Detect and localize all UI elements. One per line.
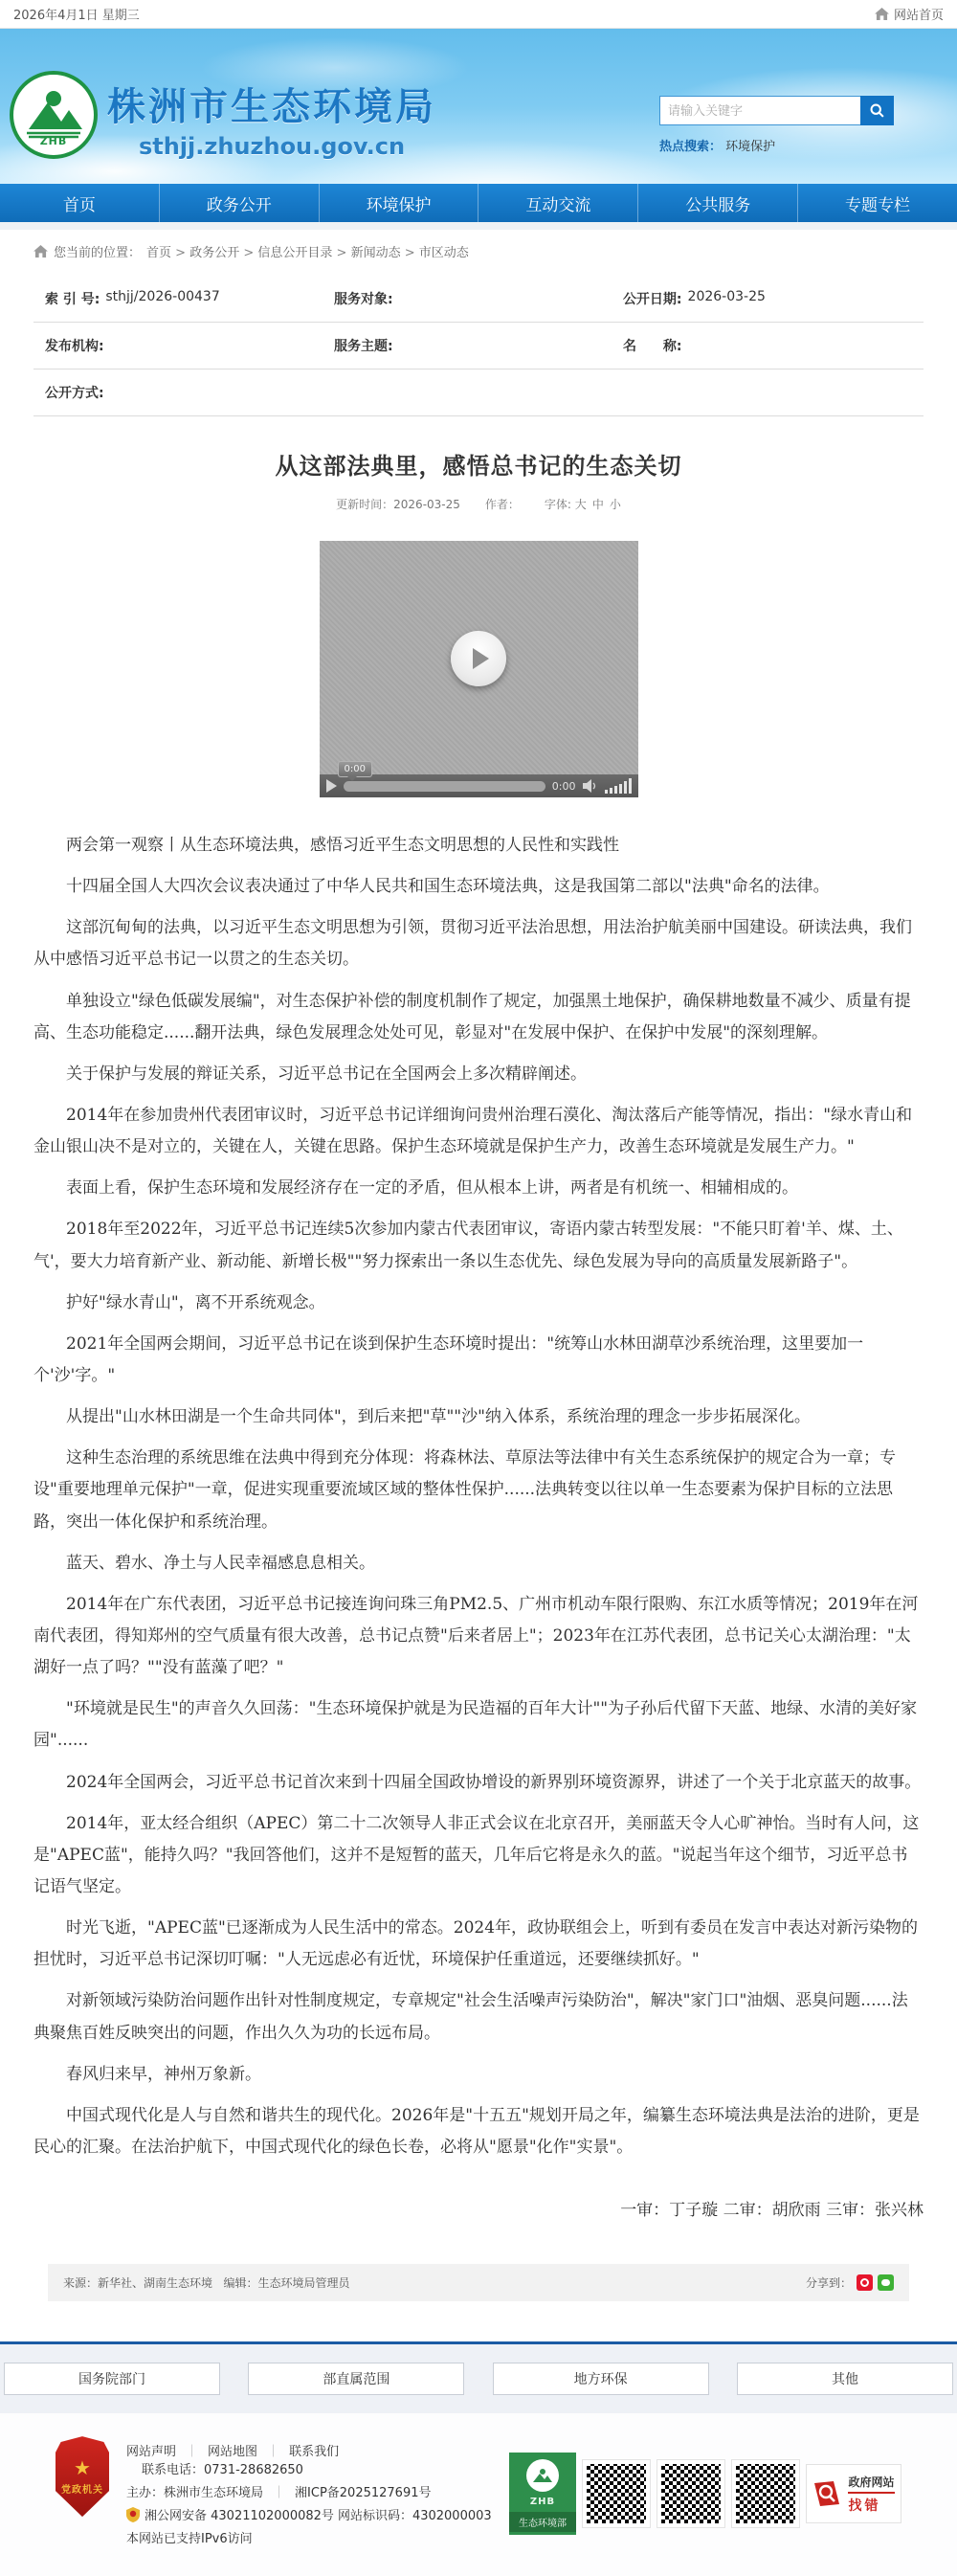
nav-item-政务公开[interactable]: 政务公开 <box>159 184 319 222</box>
article-paragraph: 单独设立"绿色低碳发展编"，对生态保护补偿的制度机制作了规定，加强黑土地保护，确… <box>33 986 924 1049</box>
doc-info-cell: 公开方式: <box>45 383 912 402</box>
video-control-bar: 0:00 0:00 <box>320 774 638 797</box>
doc-info-table: 索 引 号:sthjj/2026-00437服务对象:公开日期:2026-03-… <box>33 276 924 416</box>
article-paragraph: 两会第一观察丨从生态环境法典，感悟习近平生态文明思想的人民性和实践性 <box>33 830 924 862</box>
hot-search: 热点搜索： 环境保护 <box>659 136 894 154</box>
footer-links: 网站声明｜网站地图｜联系我们 <box>126 2441 339 2459</box>
breadcrumb-separator: > <box>401 246 419 260</box>
link-section-select[interactable]: 部直属范围 <box>248 2363 464 2395</box>
article-paragraph: 2014年在参加贵州代表团审议时，习近平总书记详细询问贵州治理石漠化、淘汰落后产… <box>33 1100 924 1163</box>
play-icon <box>473 648 489 669</box>
share-wechat-icon[interactable] <box>878 2274 894 2291</box>
breadcrumb: 您当前的位置： 首页 > 政务公开 > 信息公开目录 > 新闻动态 > 市区动态 <box>33 230 924 270</box>
security-number[interactable]: 湘公网安备 43021102000082号 <box>145 2505 334 2523</box>
doc-info-cell: 发布机构: <box>45 336 334 355</box>
doc-info-value: 2026-03-25 <box>688 289 766 308</box>
home-link[interactable]: 网站首页 <box>875 5 944 23</box>
video-play-overlay-button[interactable] <box>451 631 506 686</box>
current-date: 2026年4月1日 星期三 <box>13 5 140 23</box>
nav-item-公共服务[interactable]: 公共服务 <box>637 184 797 222</box>
site-brand[interactable]: ZHB 株洲市生态环境局 sthjj.zhuzhou.gov.cn <box>10 71 436 160</box>
doc-info-label: 公开方式: <box>45 383 104 402</box>
footer-link-separator: ｜ <box>267 2445 279 2459</box>
error-box-line2: 找错 <box>848 2496 894 2515</box>
nav-item-环境保护[interactable]: 环境保护 <box>319 184 478 222</box>
video-current-time: 0:00 <box>552 780 576 793</box>
article-paragraph: 表面上看，保护生态环境和发展经济存在一定的矛盾，但从根本上讲，两者是有机统一、相… <box>33 1173 924 1204</box>
content-area: 您当前的位置： 首页 > 政务公开 > 信息公开目录 > 新闻动态 > 市区动态… <box>0 230 957 2341</box>
site-code: 网站标识码：4302000003 <box>338 2505 492 2523</box>
search-area: 热点搜索： 环境保护 <box>659 96 894 154</box>
link-section-select[interactable]: 其他 <box>737 2363 953 2395</box>
article-paragraph: 时光飞逝，"APEC蓝"已逐渐成为人民生活中的常态。2024年，政协联组会上，听… <box>33 1913 924 1976</box>
doc-info-row: 索 引 号:sthjj/2026-00437服务对象:公开日期:2026-03-… <box>33 276 924 323</box>
footer-links-row: 网站声明｜网站地图｜联系我们 联系电话：0731-28682650 <box>126 2441 509 2477</box>
doc-info-value: sthjj/2026-00437 <box>105 289 219 308</box>
qr-code-2 <box>657 2459 725 2528</box>
error-report-magnifier-icon <box>812 2479 841 2508</box>
site-title: 株洲市生态环境局 <box>107 77 436 131</box>
doc-info-row: 公开方式: <box>33 370 924 416</box>
mee-abbr: ZHB <box>530 2497 555 2507</box>
footer-link-网站地图[interactable]: 网站地图 <box>208 2445 257 2459</box>
font-size-group: 字体: 大中小 <box>545 496 621 512</box>
review-line: 一审：丁子璇 二审：胡欣雨 三审：张兴林 <box>33 2196 924 2220</box>
search-icon <box>869 102 885 119</box>
site-error-report-box[interactable]: 政府网站 找错 <box>806 2464 901 2523</box>
main-nav: 首页政务公开环境保护互动交流公共服务专题专栏 <box>0 184 957 222</box>
author-label: 作者： <box>485 496 520 512</box>
site-footer: ★ 党政机关 网站声明｜网站地图｜联系我们 联系电话：0731-28682650… <box>0 2413 957 2576</box>
doc-info-row: 发布机构:服务主题:名 称: <box>33 323 924 370</box>
mee-emblem-icon <box>526 2459 559 2492</box>
doc-info-cell: 服务主题: <box>334 336 623 355</box>
error-box-line1: 政府网站 <box>848 2474 894 2494</box>
article-paragraph: 这种生态治理的系统思维在法典中得到充分体现：将森林法、草原法等法律中有关生态系统… <box>33 1443 924 1537</box>
hot-search-label: 热点搜索： <box>659 140 722 154</box>
video-play-button[interactable] <box>326 779 337 793</box>
qr-code-1 <box>582 2459 651 2528</box>
article-paragraph: 2024年全国两会，习近平总书记首次来到十四届全国政协增设的新界别环境资源界，讲… <box>33 1767 924 1799</box>
share-group: 分享到： <box>806 2274 894 2291</box>
share-weibo-icon[interactable] <box>857 2274 873 2291</box>
article-paragraph: 对新领域污染防治问题作出针对性制度规定，专章规定"社会生活噪声污染防治"，解决"… <box>33 1985 924 2049</box>
doc-info-label: 服务对象: <box>334 289 393 308</box>
font-size-大[interactable]: 大 <box>575 496 587 512</box>
search-input[interactable] <box>659 96 860 125</box>
police-badge-icon <box>126 2507 140 2522</box>
font-size-小[interactable]: 小 <box>610 496 621 512</box>
logo-abbr: ZHB <box>40 135 68 147</box>
footer-security-row: 湘公网安备 43021102000082号 网站标识码：4302000003 <box>126 2505 509 2523</box>
qr-code-3 <box>731 2459 800 2528</box>
editor-text: 编辑：生态环境局管理员 <box>223 2276 349 2290</box>
doc-info-cell: 名 称: <box>623 336 912 355</box>
search-button[interactable] <box>860 96 894 125</box>
article-body: 两会第一观察丨从生态环境法典，感悟习近平生态文明思想的人民性和实践性十四届全国人… <box>33 830 924 2163</box>
breadcrumb-item[interactable]: 政务公开 <box>189 246 239 260</box>
link-section-select[interactable]: 地方环保 <box>493 2363 709 2395</box>
article-meta: 更新时间：2026-03-25 作者： 字体: 大中小 <box>33 496 924 512</box>
footer-link-separator: ｜ <box>186 2445 198 2459</box>
article-paragraph: 中国式现代化是人与自然和谐共生的现代化。2026年是"十五五"规划开局之年，编纂… <box>33 2100 924 2163</box>
footer-host-row: 主办：株洲市生态环境局 ｜ 湘ICP备2025127691号 <box>126 2482 509 2500</box>
gov-agency-badge: ★ 党政机关 <box>56 2436 109 2517</box>
breadcrumb-item[interactable]: 新闻动态 <box>351 246 401 260</box>
doc-info-cell: 索 引 号:sthjj/2026-00437 <box>45 289 334 308</box>
article-paragraph: 护好"绿水青山"，离不开系统观念。 <box>33 1288 924 1319</box>
article-paragraph: 从提出"山水林田湖是一个生命共同体"，到后来把"草""沙"纳入体系，系统治理的理… <box>33 1401 924 1433</box>
breadcrumb-separator: > <box>239 246 257 260</box>
link-section-select[interactable]: 国务院部门 <box>4 2363 220 2395</box>
logo-mountain-sun-icon <box>19 83 88 139</box>
doc-info-label: 名 称: <box>623 336 682 355</box>
host-text: 主办：株洲市生态环境局 <box>126 2482 263 2500</box>
nav-item-首页[interactable]: 首页 <box>0 184 159 222</box>
breadcrumb-home-icon <box>33 245 48 258</box>
doc-info-cell: 服务对象: <box>334 289 623 308</box>
nav-item-专题专栏[interactable]: 专题专栏 <box>797 184 957 222</box>
article-paragraph: 2018年至2022年，习近平总书记连续5次参加内蒙古代表团审议，寄语内蒙古转型… <box>33 1214 924 1277</box>
breadcrumb-prefix: 您当前的位置： <box>54 242 141 260</box>
mee-logo-box[interactable]: ZHB 生态环境部 <box>509 2453 576 2535</box>
video-time-tooltip: 0:00 <box>338 761 372 777</box>
nav-gap <box>0 222 957 230</box>
article-paragraph: 春风归来早，神州万象新。 <box>33 2059 924 2091</box>
article-paragraph: 蓝天、碧水、净土与人民幸福感息息相关。 <box>33 1548 924 1579</box>
doc-info-label: 索 引 号: <box>45 289 100 308</box>
icp-number[interactable]: 湘ICP备2025127691号 <box>295 2482 431 2500</box>
font-size-中[interactable]: 中 <box>592 496 604 512</box>
badge-star-icon: ★ <box>74 2458 91 2477</box>
breadcrumb-item[interactable]: 市区动态 <box>419 246 469 260</box>
doc-info-label: 发布机构: <box>45 336 104 355</box>
site-header: ZHB 株洲市生态环境局 sthjj.zhuzhou.gov.cn 热点搜索： … <box>0 29 957 184</box>
video-progress-bar[interactable]: 0:00 <box>344 781 545 792</box>
video-player[interactable]: 0:00 0:00 <box>320 541 638 797</box>
article-title: 从这部法典里，感悟总书记的生态关切 <box>33 447 924 481</box>
top-utility-bar: 2026年4月1日 星期三 网站首页 <box>0 0 957 29</box>
contact-phone: 联系电话：0731-28682650 <box>142 2459 303 2477</box>
article-paragraph: 这部沉甸甸的法典，以习近平生态文明思想为引领，贯彻习近平法治思想，用法治护航美丽… <box>33 912 924 975</box>
friendly-links-band: 国务院部门部直属范围地方环保其他 <box>0 2344 957 2413</box>
article-paragraph: 十四届全国人大四次会议表决通过了中华人民共和国生态环境法典，这是我国第二部以"法… <box>33 871 924 903</box>
doc-info-cell: 公开日期:2026-03-25 <box>623 289 912 308</box>
share-label: 分享到： <box>806 2274 852 2291</box>
font-size-controls: 大中小 <box>575 496 621 512</box>
doc-info-label: 服务主题: <box>334 336 393 355</box>
hot-search-keyword[interactable]: 环境保护 <box>725 140 775 154</box>
mee-label: 生态环境部 <box>509 2512 576 2532</box>
footer-link-联系我们[interactable]: 联系我们 <box>289 2445 339 2459</box>
breadcrumb-item[interactable]: 信息公开目录 <box>257 246 332 260</box>
breadcrumb-separator: > <box>332 246 350 260</box>
breadcrumb-separator: > <box>171 246 189 260</box>
article-paragraph: 2021年全国两会期间，习近平总书记在谈到保护生态环境时提出："统筹山水林田湖草… <box>33 1329 924 1392</box>
agency-logo: ZHB <box>10 71 98 159</box>
article-paragraph: 关于保护与发展的辩证关系，习近平总书记在全国两会上多次精辟阐述。 <box>33 1059 924 1090</box>
article-paragraph: "环境就是民生"的声音久久回荡："生态环境保护就是为民造福的百年大计""为子孙后… <box>33 1693 924 1757</box>
footer-link-网站声明[interactable]: 网站声明 <box>126 2445 176 2459</box>
footer-ipv6-row: 本网站已支持IPv6访问 <box>126 2528 509 2546</box>
home-icon <box>875 8 889 20</box>
doc-info-label: 公开日期: <box>623 289 682 308</box>
nav-item-互动交流[interactable]: 互动交流 <box>478 184 637 222</box>
volume-level-bars[interactable] <box>605 778 632 794</box>
font-size-label: 字体: <box>545 498 571 511</box>
volume-speaker-icon[interactable] <box>583 779 598 793</box>
breadcrumb-item[interactable]: 首页 <box>146 246 171 260</box>
source-text: 来源：新华社、湖南生态环境 <box>63 2276 212 2290</box>
breadcrumb-trail: 首页 > 政务公开 > 信息公开目录 > 新闻动态 > 市区动态 <box>146 242 469 260</box>
ipv6-text: 本网站已支持IPv6访问 <box>126 2528 253 2546</box>
article-paragraph: 2014年，亚太经合组织（APEC）第二十二次领导人非正式会议在北京召开，美丽蓝… <box>33 1808 924 1903</box>
update-time: 更新时间：2026-03-25 <box>336 496 460 512</box>
badge-text: 党政机关 <box>61 2481 103 2496</box>
source-bar: 来源：新华社、湖南生态环境 编辑：生态环境局管理员 分享到： <box>48 2264 909 2301</box>
site-url: sthjj.zhuzhou.gov.cn <box>107 133 436 160</box>
source-editor: 来源：新华社、湖南生态环境 编辑：生态环境局管理员 <box>63 2274 349 2291</box>
article-paragraph: 2014年在广东代表团，习近平总书记接连询问珠三角PM2.5、广州市机动车限行限… <box>33 1589 924 1684</box>
